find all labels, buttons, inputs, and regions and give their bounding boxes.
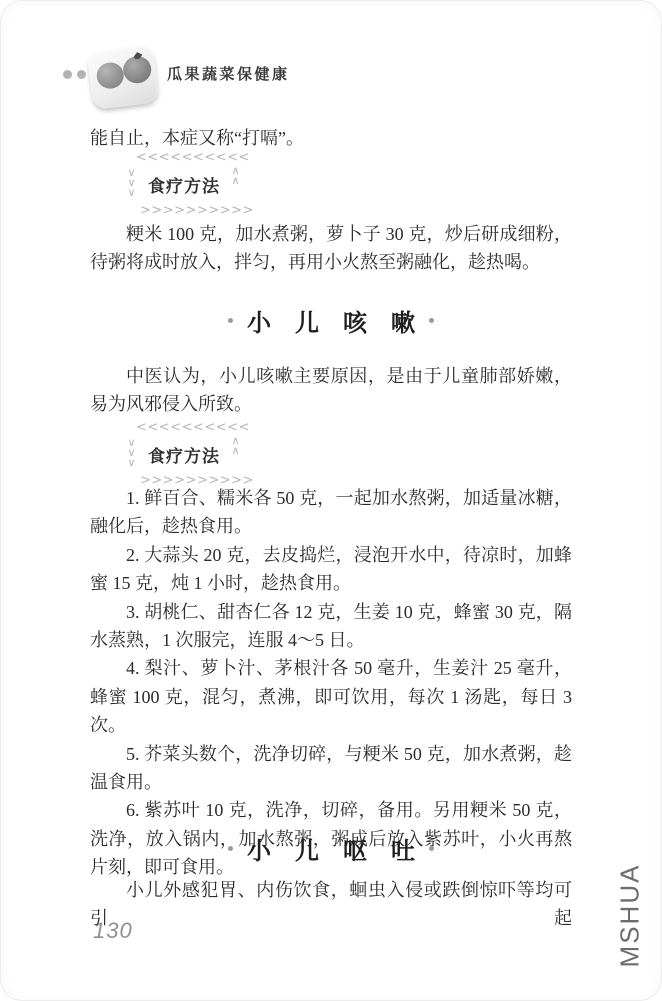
cough-intro-paragraph: 中医认为，小儿咳嗽主要原因，是由于儿童肺部娇嫩，易为风邪侵入所致。 <box>90 362 572 419</box>
title-dot-icon <box>228 846 233 851</box>
spine-watermark-text: MSHUA <box>615 856 646 976</box>
vomit-intro-paragraph: 小儿外感犯胃、内伤饮食，蛔虫入侵或跌倒惊吓等均可引起 <box>90 876 572 933</box>
cough-remedies-list: 1. 鲜百合、糯米各 50 克，一起加水熬粥，加适量冰糖，融化后，趁热食用。 2… <box>90 484 572 882</box>
section-title-cough-text: 小儿咳嗽 <box>247 303 439 338</box>
food-therapy-badge-label: 食疗方法 <box>126 154 242 214</box>
remedy-item: 1. 鲜百合、糯米各 50 克，一起加水熬粥，加适量冰糖，融化后，趁热食用。 <box>90 484 572 541</box>
hiccup-remedy-paragraph: 粳米 100 克，加水煮粥，萝卜子 30 克，炒后研成细粉，待粥将成时放入，拌匀… <box>90 220 572 277</box>
hiccup-intro-line: 能自止，本症又称“打嗝”。 <box>90 124 572 152</box>
dot-icon <box>77 70 86 79</box>
remedy-item: 2. 大蒜头 20 克，去皮捣烂，浸泡开水中，待凉时，加蜂蜜 15 克，炖 1 … <box>90 541 572 598</box>
remedy-item: 4. 梨汁、萝卜汁、茅根汁各 50 毫升，生姜汁 25 毫升，蜂蜜 100 克，… <box>90 654 572 739</box>
section-title-vomit: 小儿呕吐 <box>90 831 572 866</box>
plate-with-tomatoes-icon <box>84 42 161 112</box>
food-therapy-badge: <<<<<<<<<< ∨∨∨ ∧∧ >>>>>>>>>> 食疗方法 <box>126 424 242 484</box>
title-dot-icon <box>228 318 233 323</box>
book-page: 瓜果蔬菜保健康 能自止，本症又称“打嗝”。 <<<<<<<<<< ∨∨∨ ∧∧ … <box>0 0 662 1001</box>
page-number: 130 <box>93 918 133 944</box>
book-header-title: 瓜果蔬菜保健康 <box>167 63 290 84</box>
dot-icon <box>63 70 72 79</box>
title-dot-icon <box>429 846 434 851</box>
food-therapy-badge: <<<<<<<<<< ∨∨∨ ∧∧ >>>>>>>>>> 食疗方法 <box>126 154 242 214</box>
section-title-cough: 小儿咳嗽 <box>90 303 572 338</box>
remedy-item: 5. 芥菜头数个，洗净切碎，与粳米 50 克，加水煮粥，趁温食用。 <box>90 740 572 797</box>
remedy-item: 3. 胡桃仁、甜杏仁各 12 克，生姜 10 克，蜂蜜 30 克，隔水蒸熟，1 … <box>90 598 572 655</box>
title-dot-icon <box>429 318 434 323</box>
section-title-vomit-text: 小儿呕吐 <box>247 831 439 866</box>
food-therapy-badge-label: 食疗方法 <box>126 424 242 484</box>
